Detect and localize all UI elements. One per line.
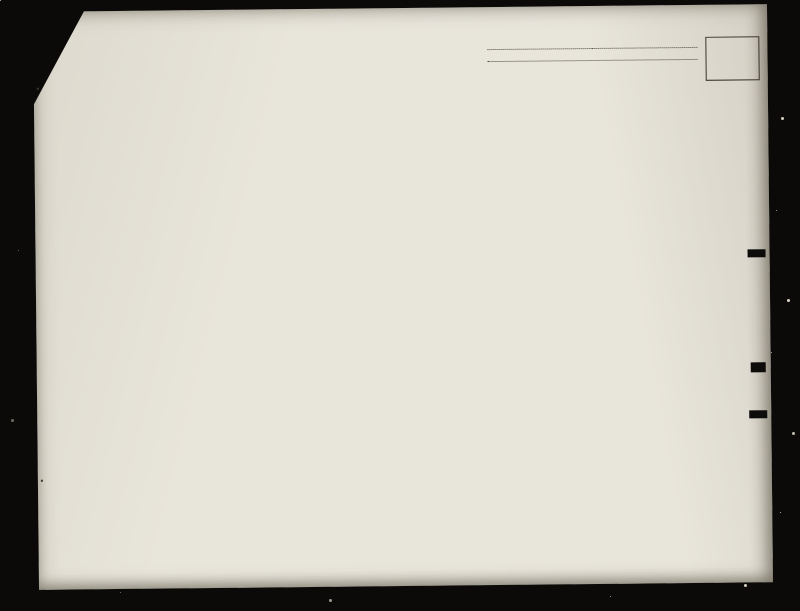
form-header [323,31,673,38]
enumerator-signature [518,61,698,68]
scanned-census-page: { "scan": {"background":"#0b0a08","paper… [0,0,800,611]
agency-line [323,31,673,35]
top-instruction-line [97,23,617,28]
schedule-title [323,34,673,38]
sample-line-stamp [748,249,766,257]
torn-corner-shadow [31,9,86,108]
scan-dust-specks [0,0,1,1]
census-title [323,33,673,37]
supplementary-questions-table [41,480,43,482]
sample-line-stamp [749,410,767,418]
enum-date-line [487,51,697,62]
sheet-number-box [705,36,759,81]
enumeration-block [487,39,697,65]
sheet-value [706,43,758,44]
enumerator-label [488,63,698,65]
sample-line-stamp [751,362,766,372]
sd-line [487,40,592,50]
explanatory-notes [42,548,750,587]
population-schedule-table [37,88,39,90]
census-sheet [33,4,773,590]
ed-line [592,39,697,49]
